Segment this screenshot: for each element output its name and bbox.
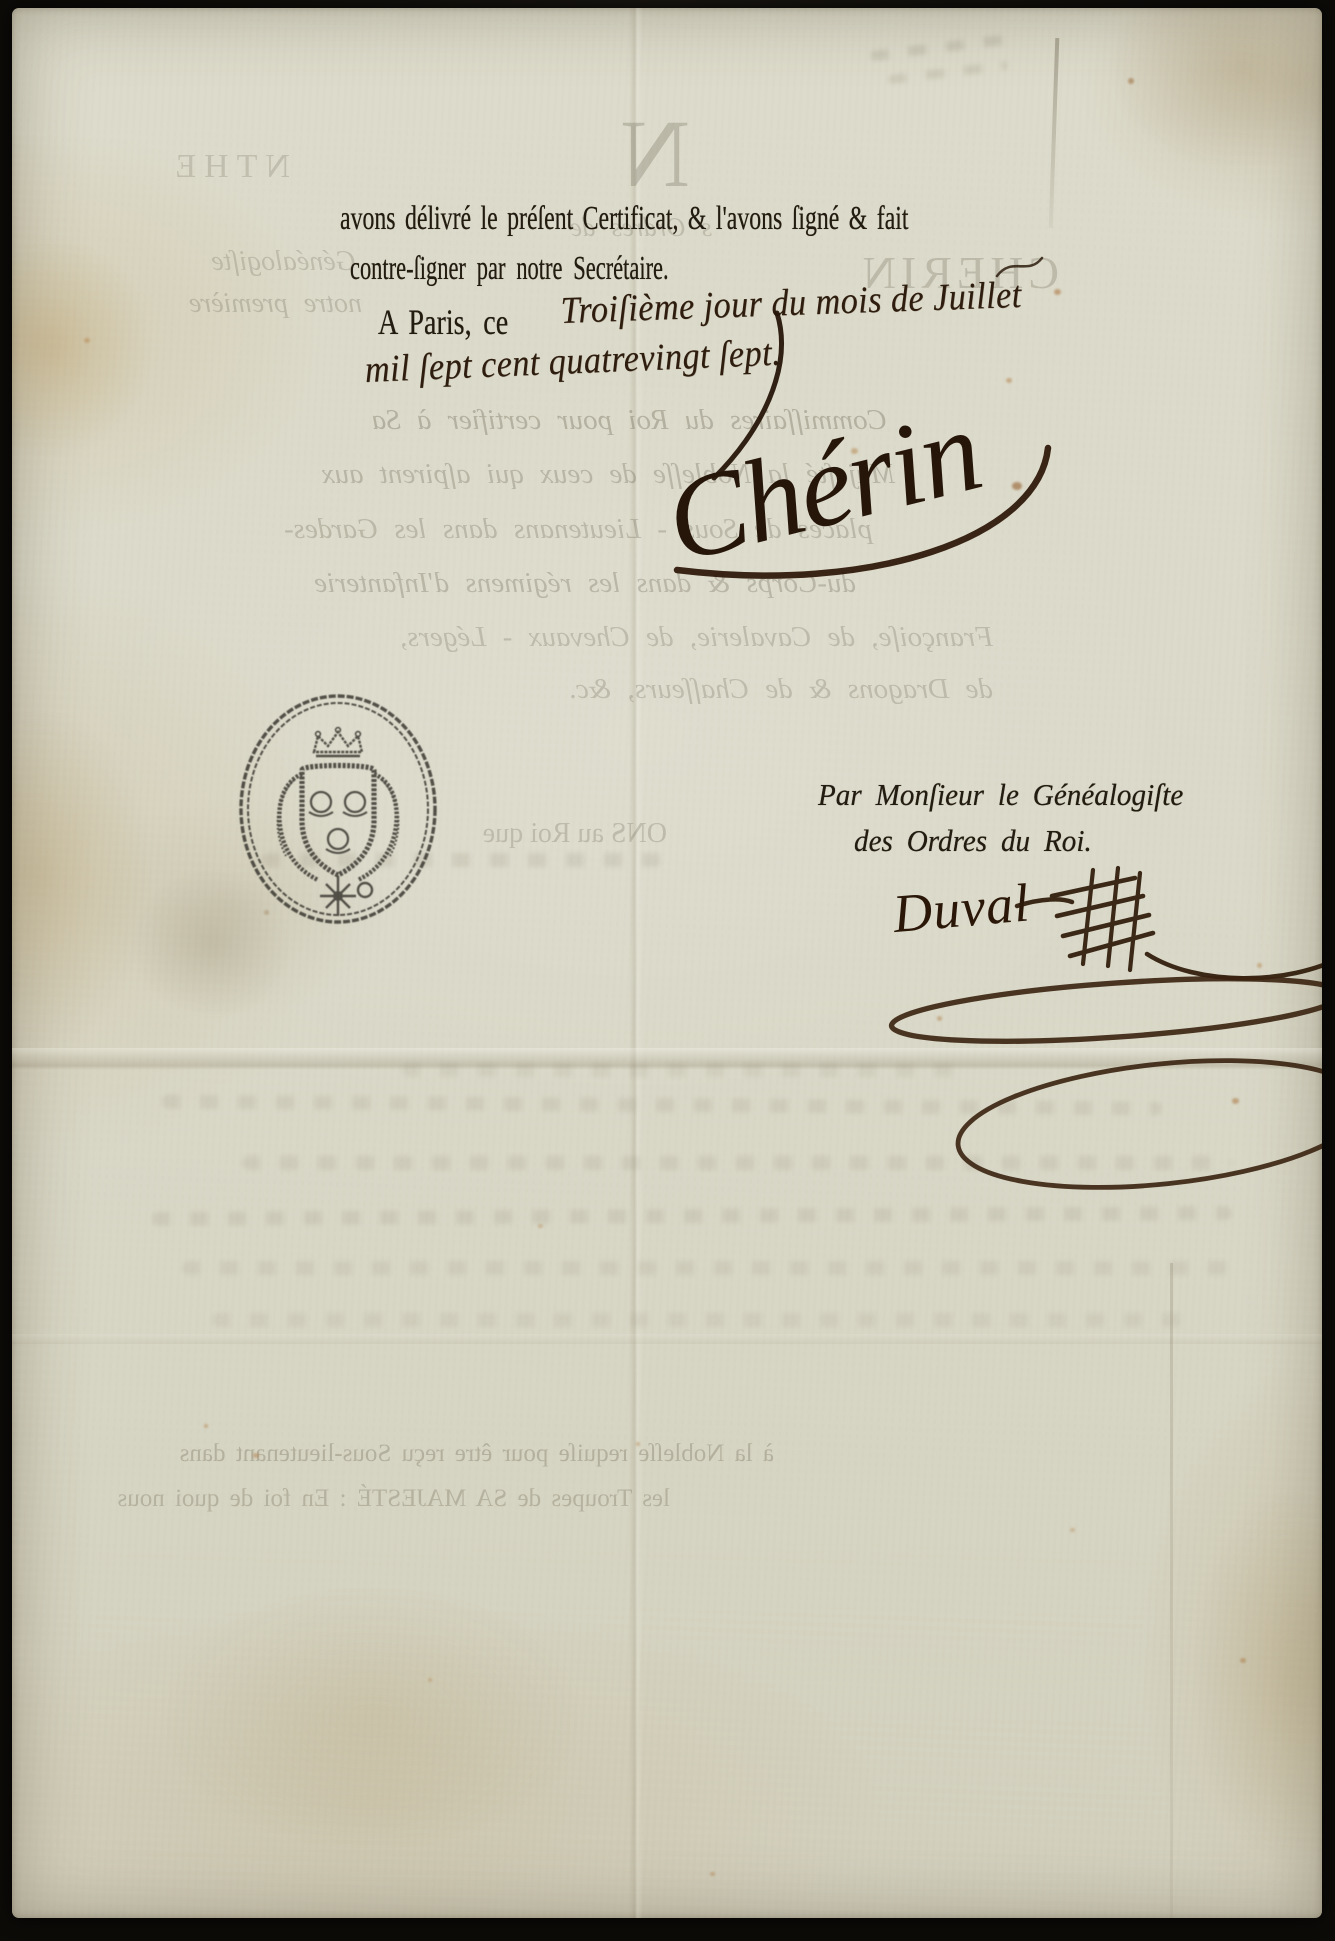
bleedthrough-line: notre première: [124, 288, 362, 320]
countersign-line-2: des Ordres du Roi.: [854, 823, 1092, 859]
pen-flourish: [994, 248, 1046, 284]
fox-spot: [851, 448, 858, 454]
fox-spot: [1006, 378, 1012, 383]
fox-spot: [1054, 289, 1061, 295]
bleedthrough-script-smudge: [182, 1261, 1242, 1275]
fox-spot: [1012, 482, 1022, 490]
horizontal-crease-faint: [12, 1334, 1322, 1344]
genealogist-signature-duval: Duval: [857, 858, 1322, 1198]
bleedthrough-caps-fragment: NTHE: [115, 148, 290, 186]
fox-spot: [428, 1678, 432, 1682]
signature-text: Duval: [890, 872, 1033, 944]
secretary-signature-cherin: Chérin: [602, 298, 1082, 598]
bleedthrough-caps-mid: ONS au Roi que: [437, 818, 667, 850]
countersign-line-1: Par Monſieur le Généalogiſte: [818, 777, 1183, 813]
age-stain: [132, 868, 292, 1018]
fox-spot: [264, 910, 269, 915]
document-scan: N NTHE CHERIN s Ordres de Généalogiſte n…: [0, 0, 1335, 1941]
fox-spot: [636, 1442, 640, 1446]
right-edge-crease: [1170, 1263, 1173, 1918]
bleedthrough-initial: N: [600, 98, 690, 209]
bleedthrough-script-smudge: [212, 1313, 1192, 1327]
fox-spot: [204, 1424, 208, 1428]
fox-spot: [937, 1016, 942, 1021]
fox-spot: [1070, 1528, 1075, 1532]
signature-text: Chérin: [654, 384, 992, 588]
bleedthrough-line: Françoiſe, de Cavalerie, de Chevaux - Lé…: [155, 621, 993, 654]
fox-spot: [1128, 78, 1134, 84]
bleedthrough-bottom-line: les Troupes de SA MAJESTÉ : En foi de qu…: [122, 1485, 670, 1513]
fox-spot: [84, 338, 90, 343]
paper-sheet: N NTHE CHERIN s Ordres de Généalogiſte n…: [12, 8, 1322, 1918]
fox-spot: [538, 1224, 543, 1228]
age-stain: [162, 1588, 582, 1848]
fox-spot: [253, 1453, 259, 1458]
printed-line-2: contre-ſigner par notre Secrétaire.: [350, 250, 669, 288]
printed-line-1: avons délivré le préſent Certificat, & l…: [340, 200, 908, 238]
bleedthrough-line: Généalogiſte: [124, 246, 356, 278]
bleedthrough-bottom-line: à la Nobleſſe requiſe pour être reçu Sou…: [124, 1440, 774, 1468]
fox-spot: [710, 1872, 715, 1876]
printed-date-prefix: A Paris, ce: [378, 301, 508, 343]
fox-spot: [1257, 963, 1262, 968]
fox-spot: [1240, 1658, 1246, 1663]
fox-spot: [1232, 1098, 1239, 1104]
